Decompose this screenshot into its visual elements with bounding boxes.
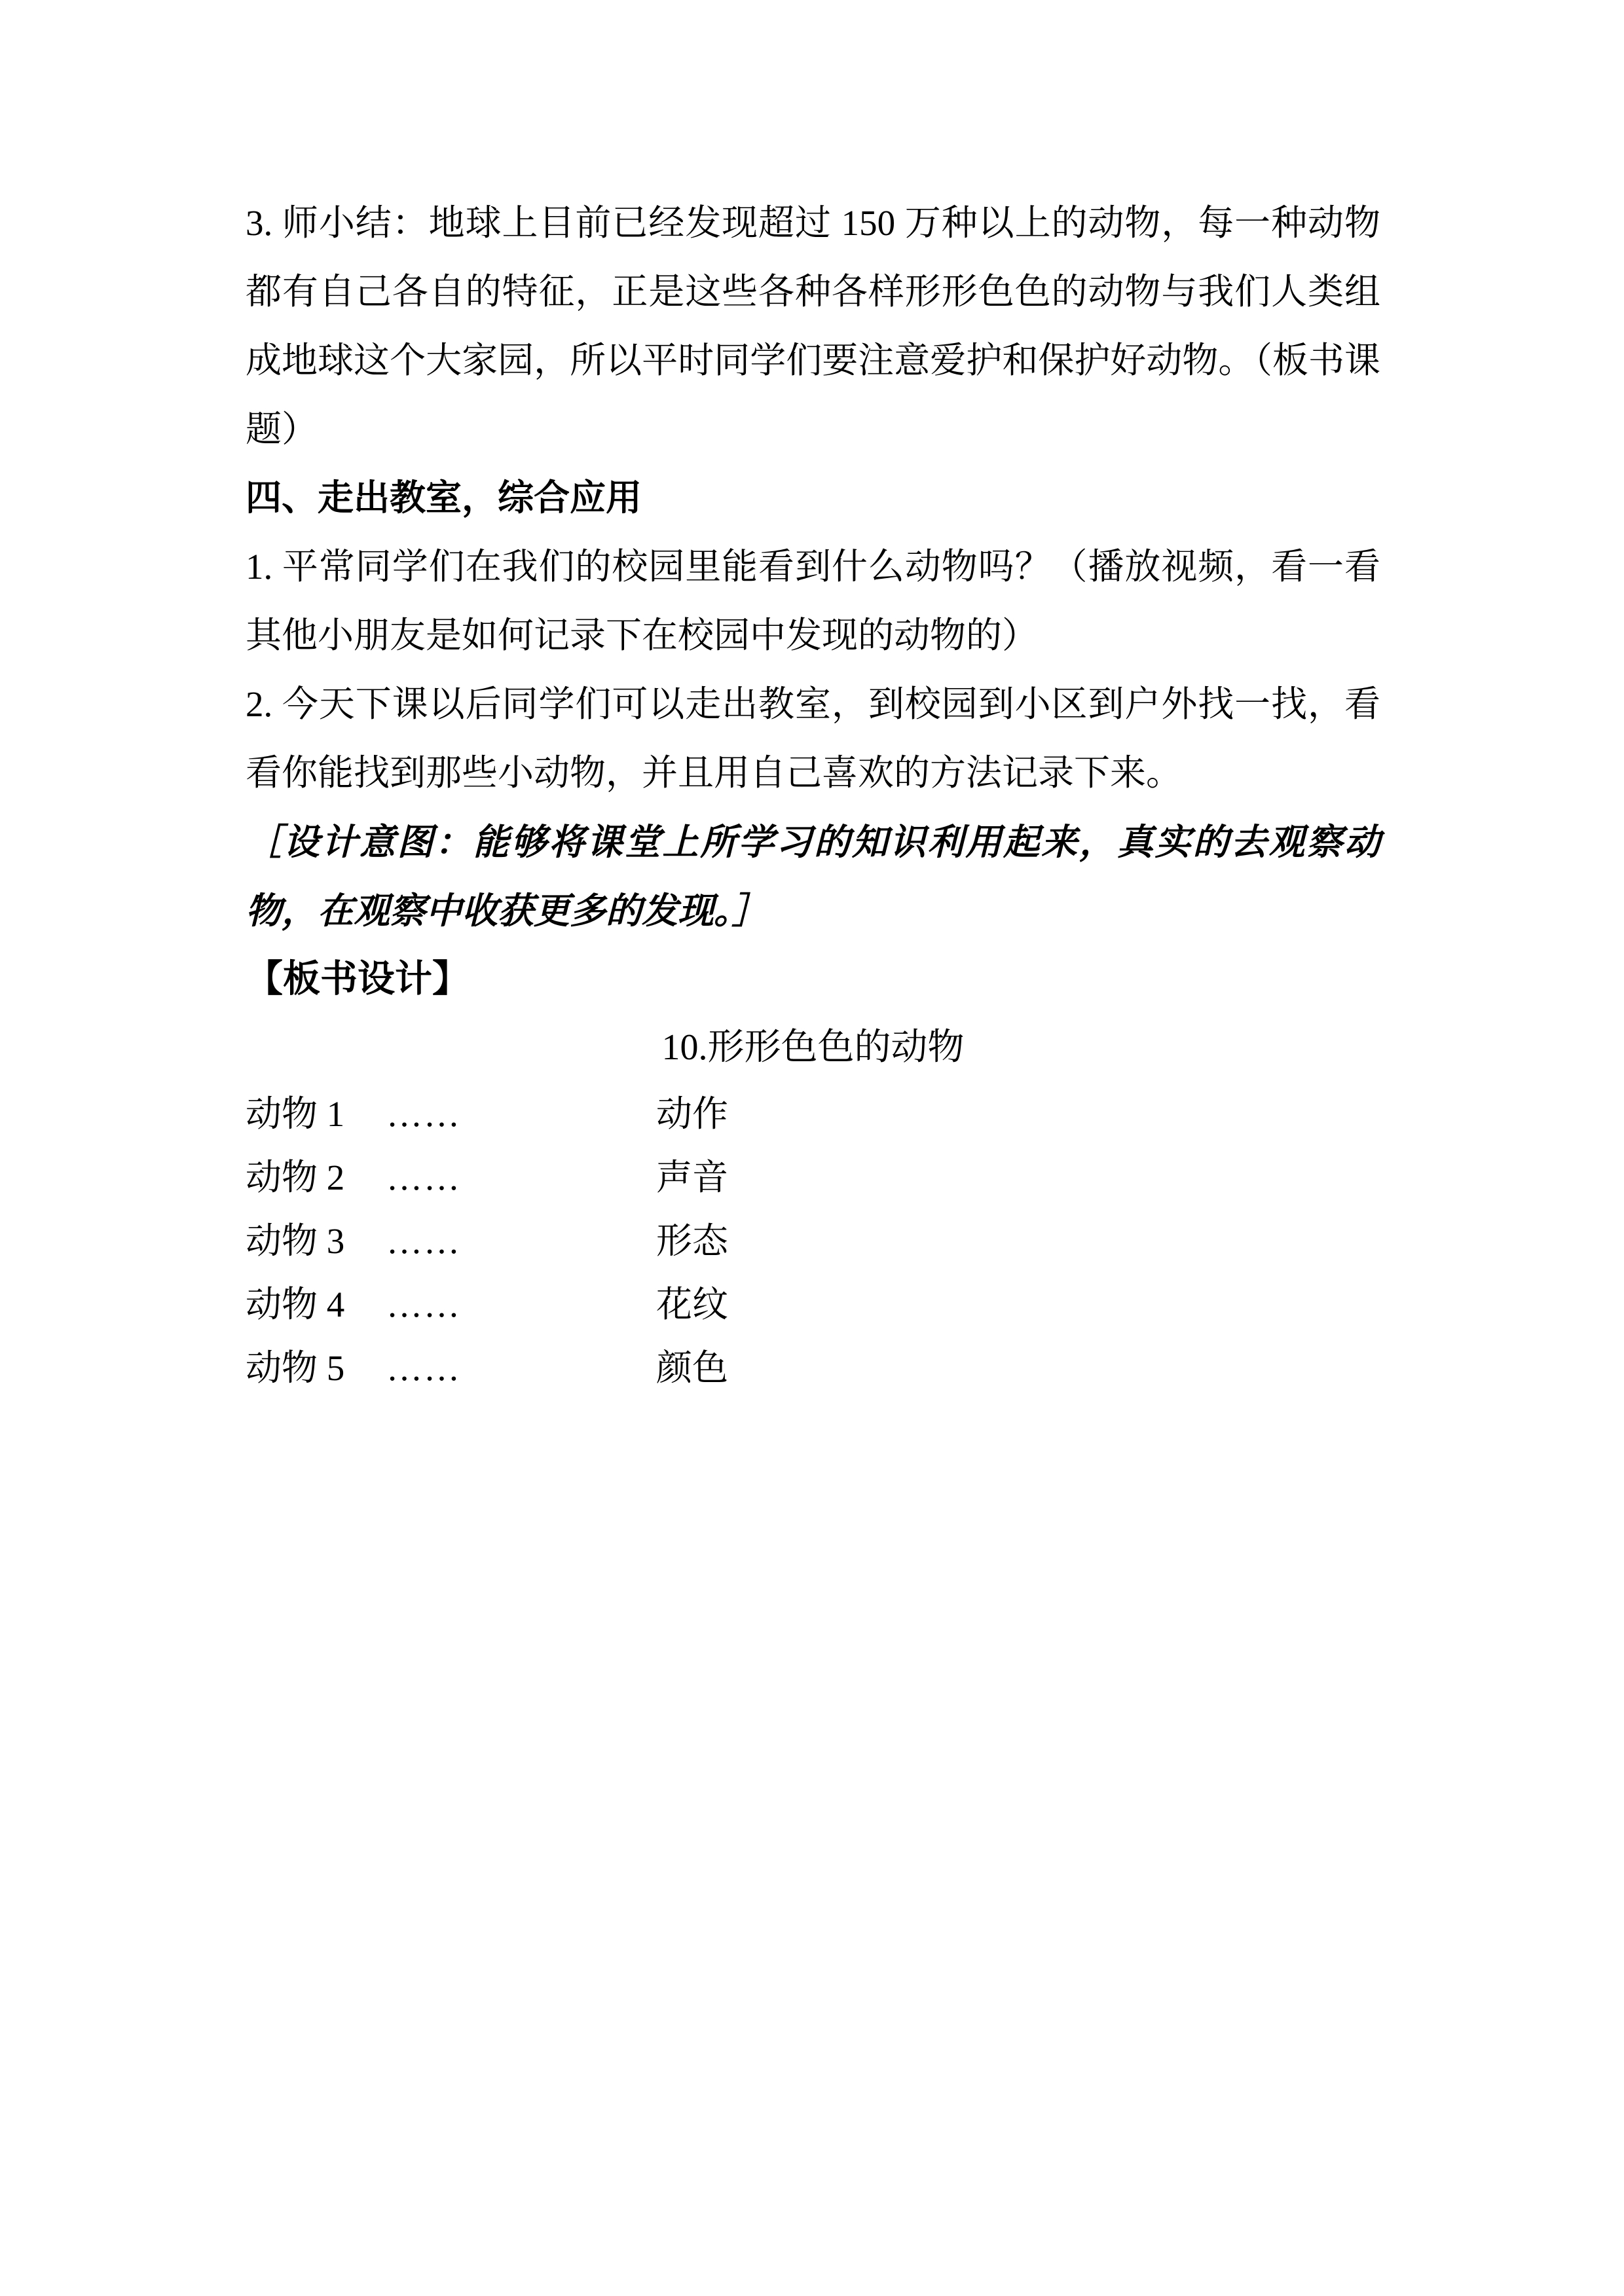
design-intent-note: ［设计意图：能够将课堂上所学习的知识利用起来，真实的去观察动物，在观察中收获更多… [246, 807, 1380, 945]
board-row: 动物 4……花纹 [246, 1273, 1380, 1336]
feature-label: 颜色 [656, 1336, 728, 1400]
board-row: 动物 3……形态 [246, 1209, 1380, 1273]
animal-label: 动物 4 [246, 1273, 386, 1336]
paragraph-list: 3. 师小结：地球上目前已经发现超过 150 万种以上的动物，每一种动物都有自己… [246, 189, 1380, 945]
lesson-plan-body: 3. 师小结：地球上目前已经发现超过 150 万种以上的动物，每一种动物都有自己… [0, 0, 1624, 1400]
animal-label: 动物 1 [246, 1082, 386, 1146]
animal-label: 动物 5 [246, 1336, 386, 1400]
paragraph: 3. 师小结：地球上目前已经发现超过 150 万种以上的动物，每一种动物都有自己… [246, 189, 1380, 464]
feature-label: 动作 [656, 1082, 728, 1146]
board-design-rows: 动物 1……动作动物 2……声音动物 3……形态动物 4……花纹动物 5……颜色 [246, 1082, 1380, 1400]
feature-label: 花纹 [656, 1273, 728, 1336]
animal-label: 动物 3 [246, 1209, 386, 1273]
ellipsis-dots: …… [386, 1146, 656, 1209]
board-design-title: 10.形形色色的动物 [246, 1013, 1380, 1082]
ellipsis-dots: …… [386, 1273, 656, 1336]
document-page: 3. 师小结：地球上目前已经发现超过 150 万种以上的动物，每一种动物都有自己… [0, 0, 1624, 2296]
paragraph: 2. 今天下课以后同学们可以走出教室，到校园到小区到户外找一找，看看你能找到那些… [246, 670, 1380, 807]
board-row: 动物 1……动作 [246, 1082, 1380, 1146]
ellipsis-dots: …… [386, 1336, 656, 1400]
board-row: 动物 5……颜色 [246, 1336, 1380, 1400]
feature-label: 声音 [656, 1146, 728, 1209]
section-heading: 四、走出教室，综合应用 [246, 464, 1380, 532]
board-row: 动物 2……声音 [246, 1146, 1380, 1209]
animal-label: 动物 2 [246, 1146, 386, 1209]
feature-label: 形态 [656, 1209, 728, 1273]
ellipsis-dots: …… [386, 1082, 656, 1146]
paragraph: 1. 平常同学们在我们的校园里能看到什么动物吗？（播放视频，看一看其他小朋友是如… [246, 532, 1380, 670]
board-design-heading: 【板书设计】 [246, 945, 1380, 1013]
ellipsis-dots: …… [386, 1209, 656, 1273]
